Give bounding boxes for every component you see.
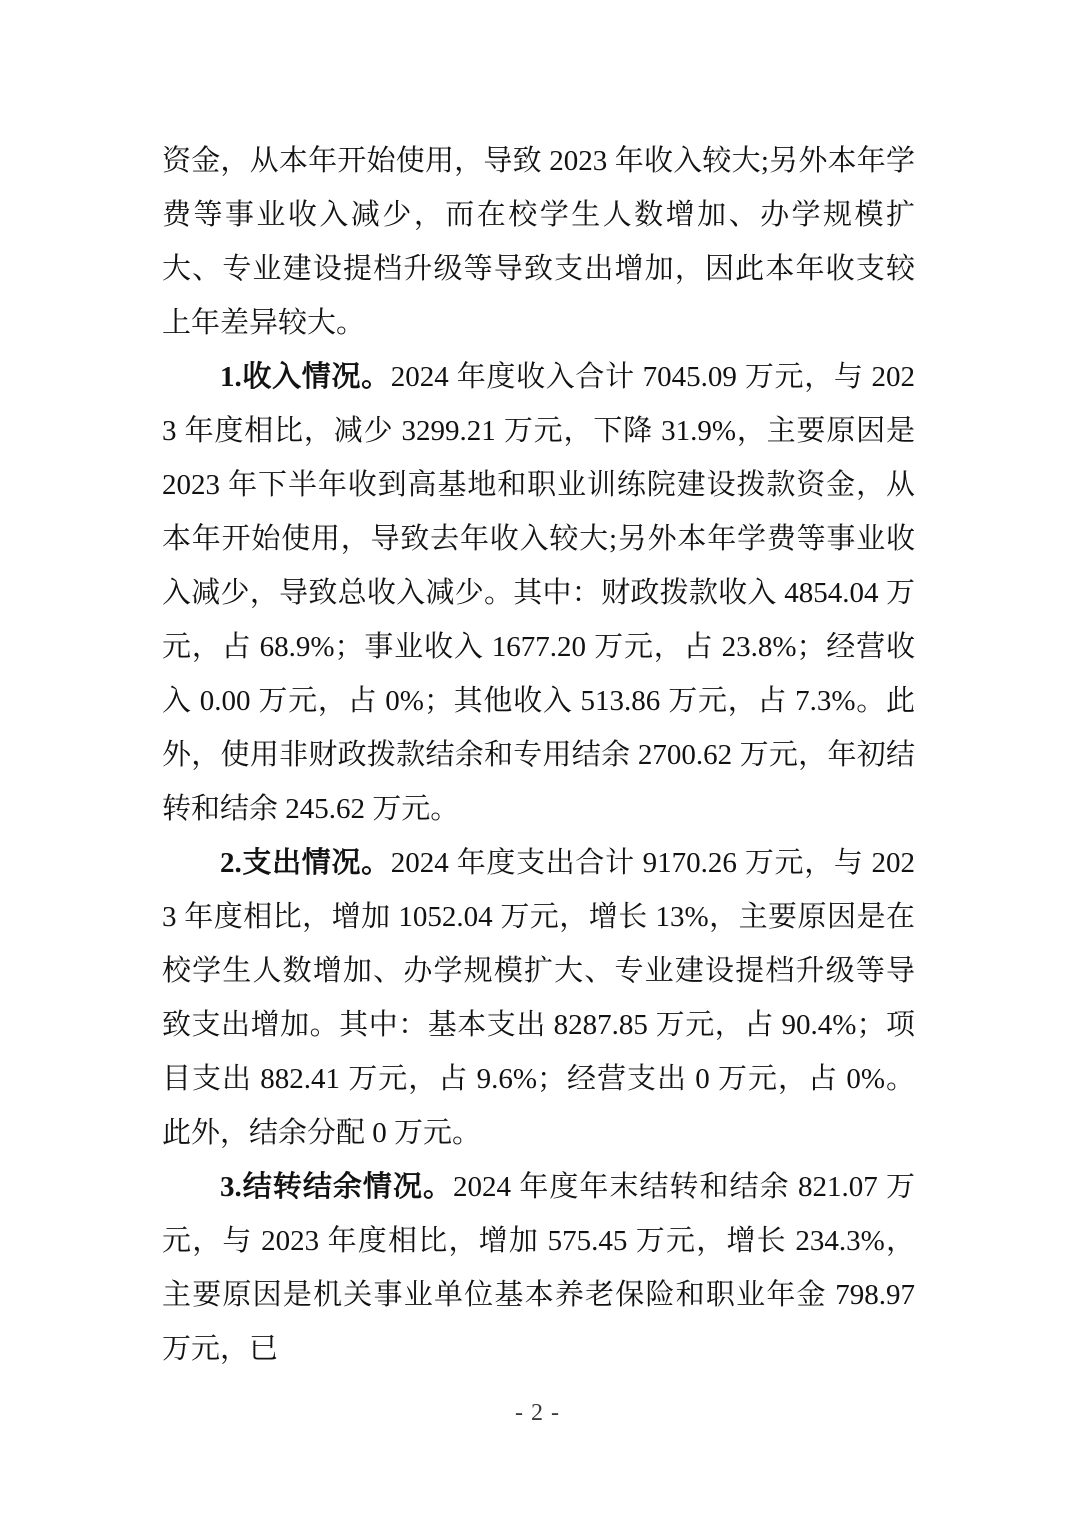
page-footer: - 2 - <box>0 1400 1075 1427</box>
para-prev-year-diff-continuation: 资金，从本年开始使用，导致 2023 年收入较大;另外本年学费等事业收入减少，而… <box>162 134 915 350</box>
para-carryover-balance-situation: 3.结转结余情况。2024 年度年末结转和结余 821.07 万元，与 2023… <box>162 1160 915 1376</box>
document-body: 资金，从本年开始使用，导致 2023 年收入较大;另外本年学费等事业收入减少，而… <box>162 134 915 1376</box>
para-prev-year-diff-continuation-run-0: 资金，从本年开始使用，导致 2023 年收入较大;另外本年学费等事业收入减少，而… <box>162 145 915 339</box>
para-income-situation: 1.收入情况。2024 年度收入合计 7045.09 万元，与 2023 年度相… <box>162 350 915 836</box>
para-expenditure-situation-run-1: 2024 年度支出合计 9170.26 万元，与 2023 年度相比，增加 10… <box>162 847 915 1149</box>
para-income-situation-run-0: 1.收入情况。 <box>220 361 391 393</box>
para-carryover-balance-situation-run-0: 3.结转结余情况。 <box>220 1171 453 1203</box>
page-number: - 2 - <box>515 1400 560 1426</box>
para-income-situation-run-1: 2024 年度收入合计 7045.09 万元，与 2023 年度相比，减少 32… <box>162 361 915 825</box>
document-page: 资金，从本年开始使用，导致 2023 年收入较大;另外本年学费等事业收入减少，而… <box>0 0 1075 1520</box>
para-expenditure-situation: 2.支出情况。2024 年度支出合计 9170.26 万元，与 2023 年度相… <box>162 836 915 1160</box>
para-expenditure-situation-run-0: 2.支出情况。 <box>220 847 391 879</box>
